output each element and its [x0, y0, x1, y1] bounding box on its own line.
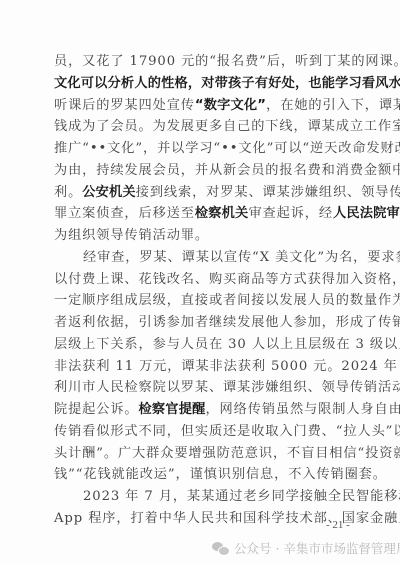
text-line: 利川市人民检察院以罗某、谭某涉嫌组织、领导传销活动罪向法: [54, 377, 352, 399]
text-segment: 员，又花了 17900 元的“报名费”后，听到丁某的网课。: [54, 54, 400, 69]
text-segment: 2023 年 7 月，某某通过老乡同学接触全民智能移动 App。该: [83, 489, 400, 504]
emphasized-text: “数字文化”: [195, 98, 266, 113]
text-line: 文化可以分析人的性格，对带孩子有好处，也能学习看风水……”: [54, 73, 352, 95]
text-segment: ，在她的引入下，谭某也交: [266, 98, 400, 113]
text-line: 推广“••文化”，并以学习“••文化”可以“逆天改命发财改运”: [54, 138, 352, 160]
text-line: 以付费上课、花钱改名、购买商品等方式获得加入资格，并按照: [54, 269, 352, 291]
text-segment: 利。: [54, 185, 82, 200]
text-line: 钱成为了会员。为发展更多自己的下线，谭某成立工作室，宣传: [54, 116, 352, 138]
text-line: 员，又花了 17900 元的“报名费”后，听到丁某的网课。“数字: [54, 51, 352, 73]
text-segment: 听课后的罗某四处宣传: [54, 98, 195, 113]
text-line: 一定顺序组成层级，直接或者间接以发展人员的数量作为计酬或: [54, 290, 352, 312]
text-segment: 传销看似形式不同，但实质还是收取入门费、“拉人头”以及“人: [54, 424, 400, 439]
text-segment: 经审查，罗某、谭某以宣传“X 美文化”为名，要求参加者: [83, 250, 400, 265]
text-line: 院提起公诉。检察官提醒，网络传销虽然与限制人身自由的传统: [54, 399, 352, 421]
text-segment: 为组织领导传销活动罪。: [54, 228, 209, 243]
watermark-text: 公众号 · 辛集市市场监督管理局: [234, 539, 400, 557]
text-segment: 院提起公诉。: [54, 402, 139, 417]
text-line: 钱”“花钱就能改运”，谨慎识别信息，不入传销圈套。: [54, 464, 352, 486]
text-line: 经审查，罗某、谭某以宣传“X 美文化”为名，要求参加者: [54, 247, 352, 269]
text-line: 非法获利 11 万元，谭某非法获利 5000 元。2024 年 1 月 31 日…: [54, 356, 352, 378]
text-segment: 者返利依据，引诱参加者继续发展他人参加，形成了传销式的多: [54, 315, 400, 330]
emphasized-text: 人民法院审查判决: [333, 206, 400, 221]
text-segment: 推广“••文化”，并以学习“••文化”可以“逆天改命发财改运”: [54, 141, 400, 156]
article-body: 员，又花了 17900 元的“报名费”后，听到丁某的网课。“数字文化可以分析人的…: [54, 51, 352, 530]
wechat-watermark: 公众号 · 辛集市市场监督管理局: [212, 539, 400, 557]
text-segment: 罪立案侦查，后移送至: [54, 206, 195, 221]
text-segment: 接到线索，对罗某、谭某涉嫌组织、领导传销活动: [136, 185, 400, 200]
text-segment: 层级上下关系，参与人员在 30 人以上且层级在 3 级以上，罗某: [54, 337, 400, 352]
text-segment: 以付费上课、花钱改名、购买商品等方式获得加入资格，并按照: [54, 272, 400, 287]
page-number: - 21 -: [326, 519, 350, 531]
text-line: 层级上下关系，参与人员在 30 人以上且层级在 3 级以上，罗某: [54, 334, 352, 356]
text-line: 头计酬”。广大群众要增强防范意识，不盲目相信“投资就能赚: [54, 443, 352, 465]
text-line: App 程序，打着中华人民共和国科学技术部、国家金融监督管理: [54, 508, 352, 530]
text-segment: ，网络传销虽然与限制人身自由的传统: [205, 402, 400, 417]
wechat-icon: [212, 541, 230, 555]
text-line: 听课后的罗某四处宣传“数字文化”，在她的引入下，谭某也交: [54, 95, 352, 117]
text-line: 2023 年 7 月，某某通过老乡同学接触全民智能移动 App。该: [54, 486, 352, 508]
text-line: 罪立案侦查，后移送至检察机关审查起诉，经人民法院审查判决: [54, 203, 352, 225]
text-segment: 为由，持续发展会员，并从新会员的报名费和消费金额中获取返: [54, 163, 400, 178]
emphasized-text: 检察官提醒: [139, 402, 206, 417]
text-line: 为由，持续发展会员，并从新会员的报名费和消费金额中获取返: [54, 160, 352, 182]
emphasized-text: 检察机关: [195, 206, 249, 221]
text-segment: 头计酬”。广大群众要增强防范意识，不盲目相信“投资就能赚: [54, 446, 400, 461]
text-segment: 一定顺序组成层级，直接或者间接以发展人员的数量作为计酬或: [54, 293, 400, 308]
text-segment: 审查起诉，经: [248, 206, 333, 221]
text-line: 传销看似形式不同，但实质还是收取入门费、“拉人头”以及“人: [54, 421, 352, 443]
text-line: 为组织领导传销活动罪。: [54, 225, 352, 247]
text-line: 利。公安机关接到线索，对罗某、谭某涉嫌组织、领导传销活动: [54, 182, 352, 204]
text-line: 者返利依据，引诱参加者继续发展他人参加，形成了传销式的多: [54, 312, 352, 334]
emphasized-text: 公安机关: [82, 185, 136, 200]
text-segment: 非法获利 11 万元，谭某非法获利 5000 元。2024 年 1 月 31 日…: [54, 359, 400, 374]
emphasized-text: 文化可以分析人的性格，对带孩子有好处，也能学习看风水……”: [54, 76, 400, 91]
document-page: 员，又花了 17900 元的“报名费”后，听到丁某的网课。“数字文化可以分析人的…: [0, 0, 400, 565]
text-segment: 钱”“花钱就能改运”，谨慎识别信息，不入传销圈套。: [54, 467, 387, 482]
text-segment: 钱成为了会员。为发展更多自己的下线，谭某成立工作室，宣传: [54, 119, 400, 134]
text-segment: 利川市人民检察院以罗某、谭某涉嫌组织、领导传销活动罪向法: [54, 380, 400, 395]
